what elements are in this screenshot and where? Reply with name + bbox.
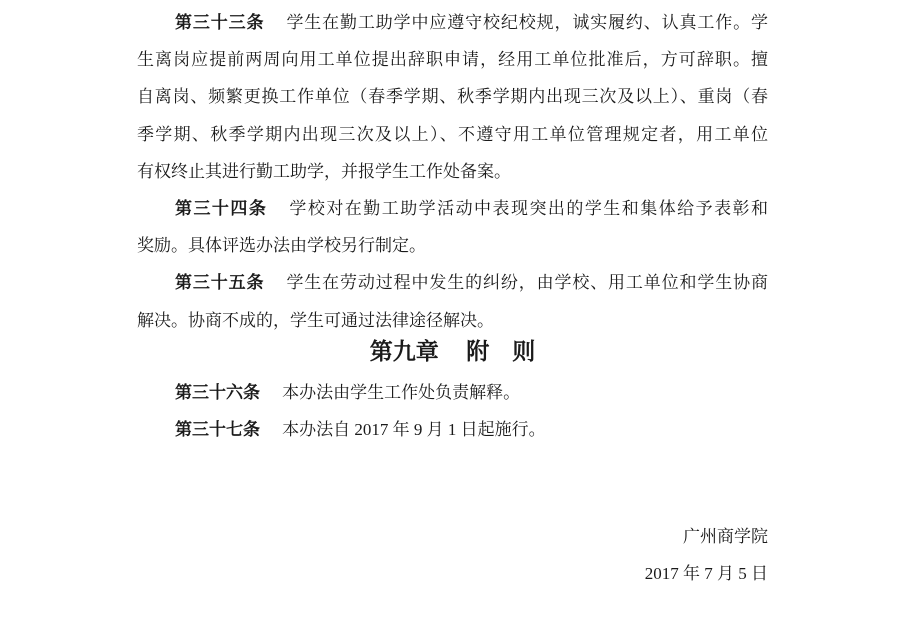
paragraph-line: 第三十四条学校对在勤工助学活动中表现突出的学生和集体给予表彰和 — [137, 190, 768, 227]
paragraph-line: 有权终止其进行勤工助学，并报学生工作处备案。 — [137, 153, 768, 190]
paragraph-line: 解决。协商不成的，学生可通过法律途径解决。 — [137, 302, 768, 339]
chapter-title: 附 则 — [466, 339, 535, 364]
line-text: 自离岗、频繁更换工作单位（春季学期、秋季学期内出现三次及以上）、重岗（春 — [137, 87, 768, 106]
closing-articles: 第三十六条本办法由学生工作处负责解释。 第三十七条本办法自 2017 年 9 月… — [137, 374, 768, 448]
line-text: 解决。协商不成的，学生可通过法律途径解决。 — [137, 311, 494, 330]
chapter-heading: 第九章附 则 — [137, 339, 768, 365]
article-number: 第三十三条 — [175, 13, 264, 32]
line-text: 学生在劳动过程中发生的纠纷，由学校、用工单位和学生协商 — [286, 273, 768, 292]
article-number: 第三十六条 — [175, 383, 260, 402]
chapter-number: 第九章 — [370, 339, 439, 364]
line-text: 季学期、秋季学期内出现三次及以上）、不遵守用工单位管理规定者，用工单位 — [137, 125, 768, 144]
line-text: 奖励。具体评选办法由学校另行制定。 — [137, 236, 426, 255]
paragraph-line: 第三十五条学生在劳动过程中发生的纠纷，由学校、用工单位和学生协商 — [137, 264, 768, 301]
signature-date: 2017 年 7 月 5 日 — [137, 555, 768, 592]
paragraph-line: 奖励。具体评选办法由学校另行制定。 — [137, 227, 768, 264]
line-text: 学校对在勤工助学活动中表现突出的学生和集体给予表彰和 — [289, 199, 768, 218]
line-text: 本办法自 2017 年 9 月 1 日起施行。 — [282, 420, 546, 439]
line-text: 有权终止其进行勤工助学，并报学生工作处备案。 — [137, 162, 511, 181]
line-text: 学生在勤工助学中应遵守校纪校规，诚实履约、认真工作。学 — [286, 13, 768, 32]
paragraph-line: 生离岗应提前两周向用工单位提出辞职申请，经用工单位批准后，方可辞职。擅 — [137, 41, 768, 78]
signature-block: 广州商学院 2017 年 7 月 5 日 — [137, 518, 768, 592]
article-number: 第三十七条 — [175, 420, 260, 439]
line-text: 生离岗应提前两周向用工单位提出辞职申请，经用工单位批准后，方可辞职。擅 — [137, 50, 768, 69]
signature-organization: 广州商学院 — [137, 518, 768, 555]
paragraph-line: 自离岗、频繁更换工作单位（春季学期、秋季学期内出现三次及以上）、重岗（春 — [137, 78, 768, 115]
article-number: 第三十四条 — [175, 199, 267, 218]
article-number: 第三十五条 — [175, 273, 264, 292]
paragraph-line: 季学期、秋季学期内出现三次及以上）、不遵守用工单位管理规定者，用工单位 — [137, 116, 768, 153]
paragraph-line: 第三十六条本办法由学生工作处负责解释。 — [137, 374, 768, 411]
paragraph-line: 第三十七条本办法自 2017 年 9 月 1 日起施行。 — [137, 411, 768, 448]
line-text: 本办法由学生工作处负责解释。 — [282, 383, 520, 402]
document-page: 第三十三条学生在勤工助学中应遵守校纪校规，诚实履约、认真工作。学 生离岗应提前两… — [0, 0, 900, 621]
paragraph-line: 第三十三条学生在勤工助学中应遵守校纪校规，诚实履约、认真工作。学 — [137, 4, 768, 41]
